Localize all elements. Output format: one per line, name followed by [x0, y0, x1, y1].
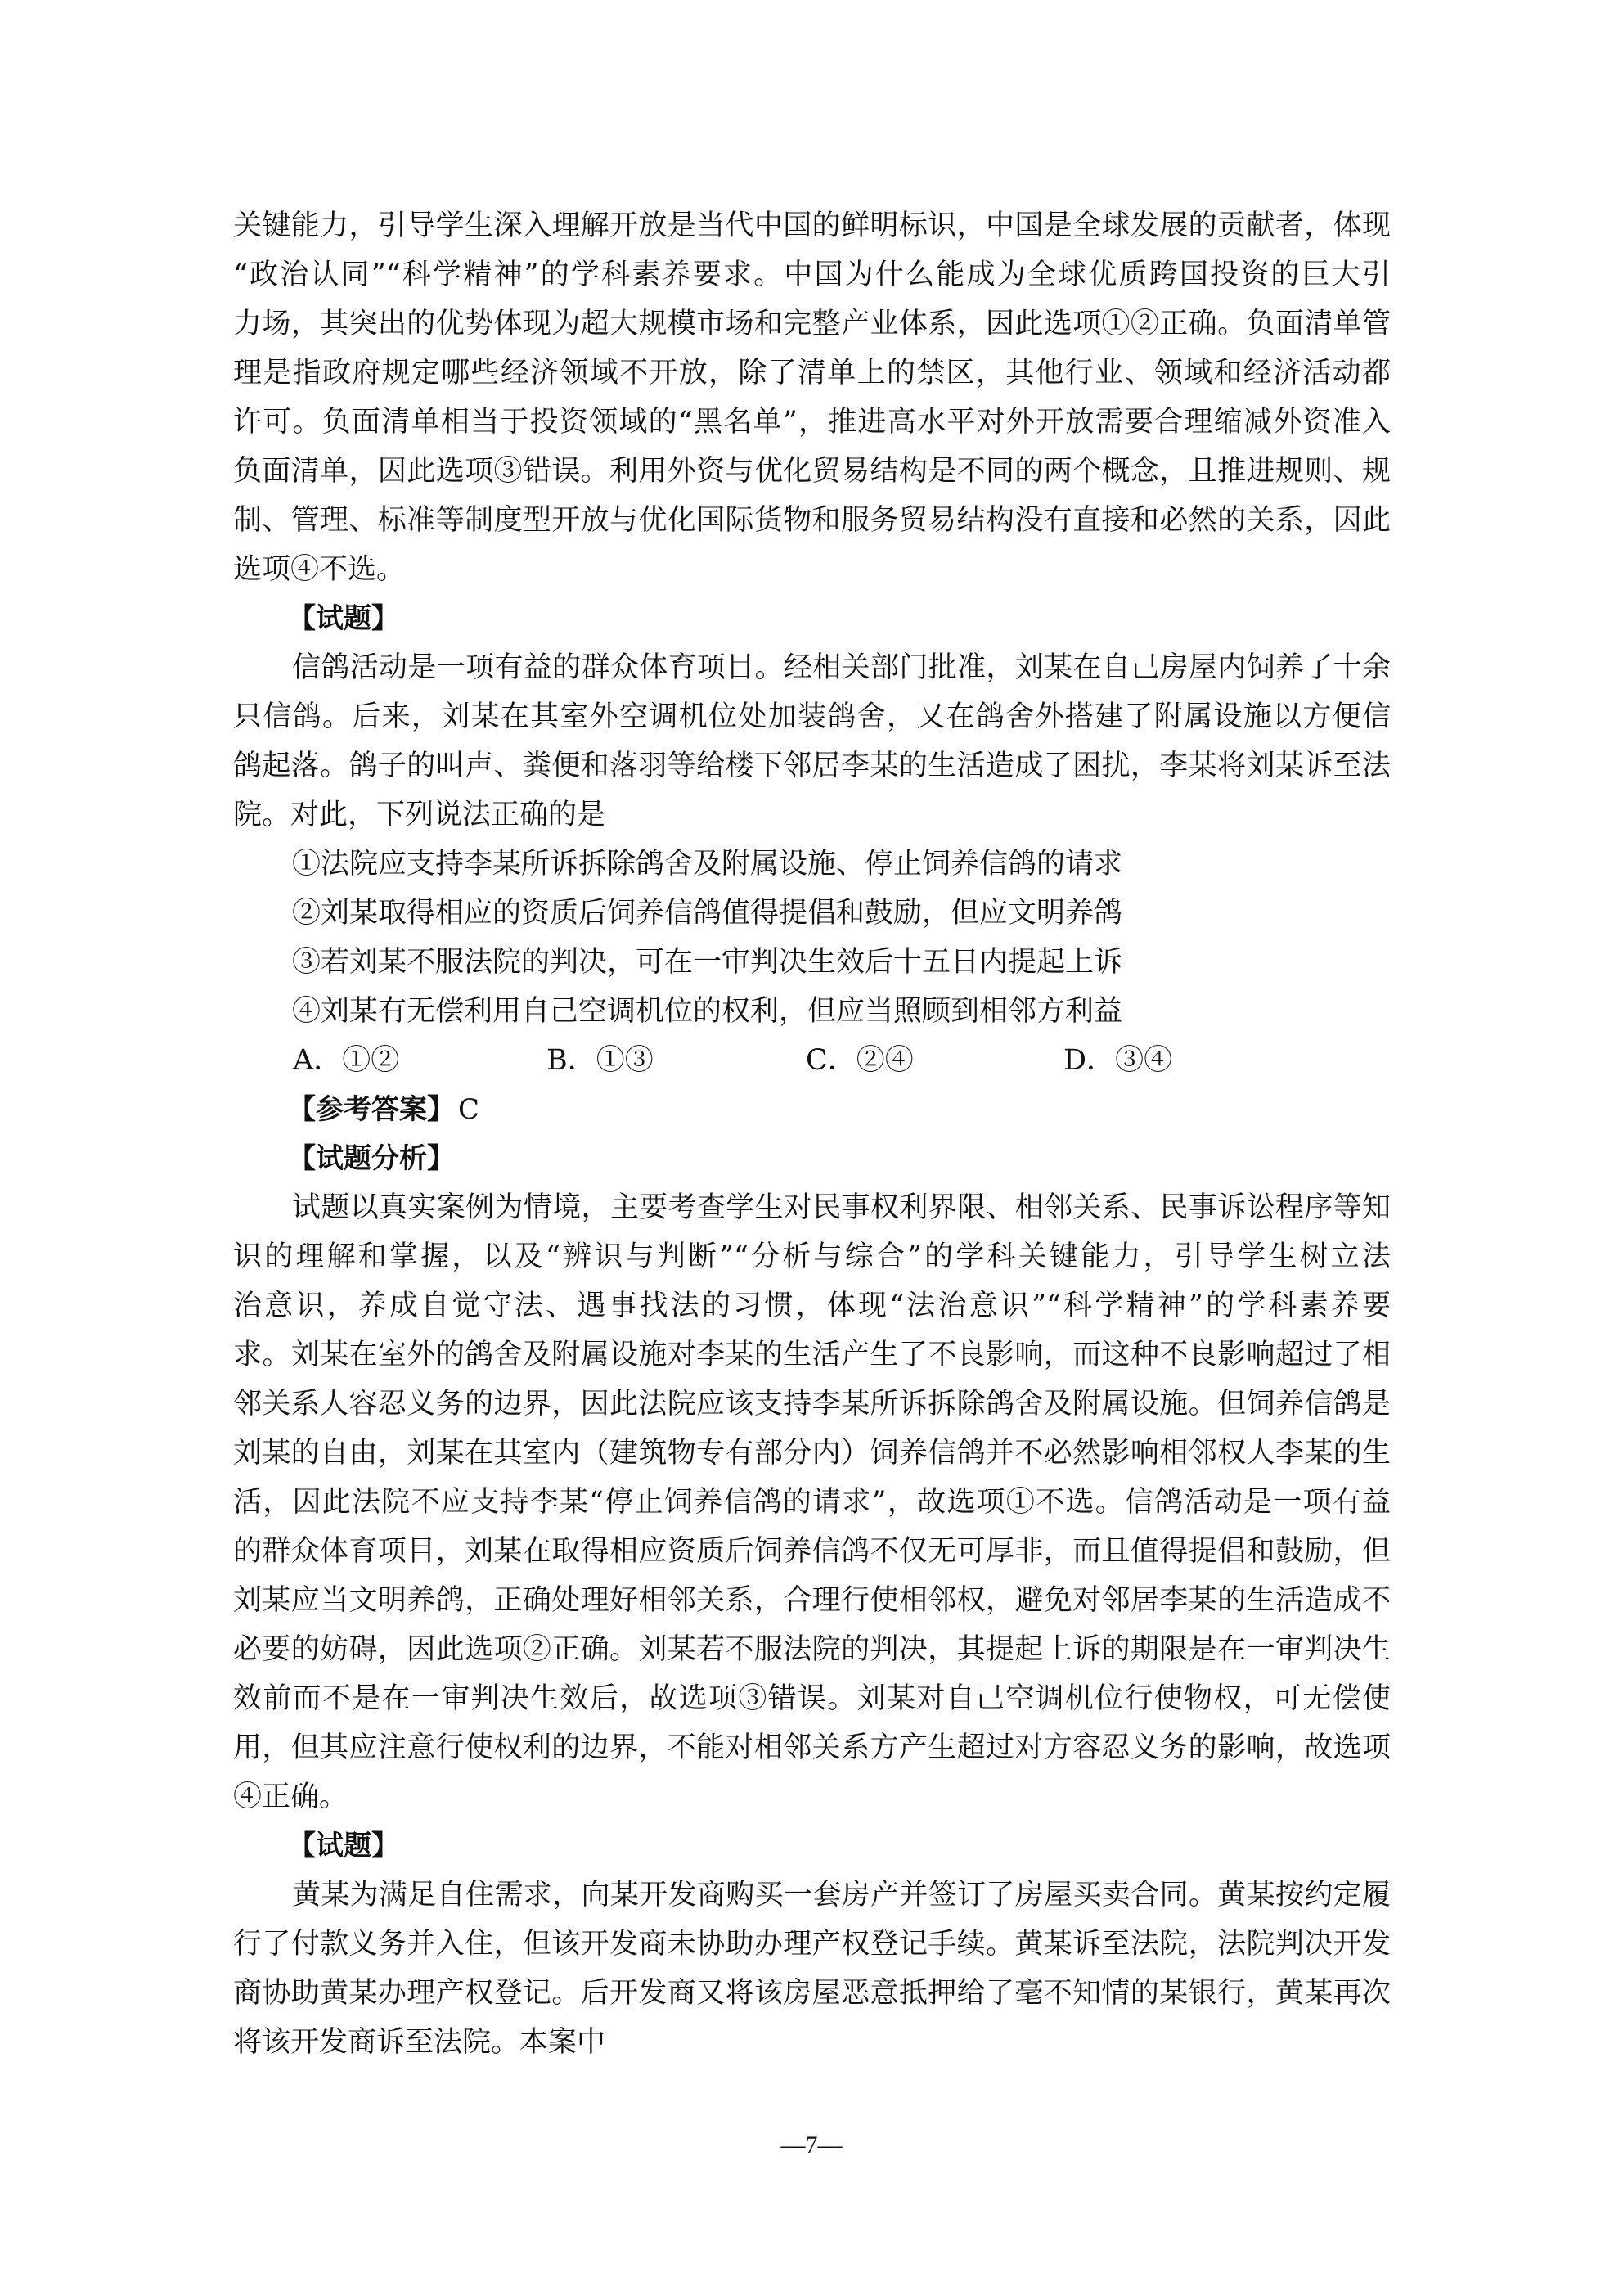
- analysis-line: 治意识，养成自觉守法、遇事找法的习惯，体现“法治意识”“科学精神”的学科素养要: [233, 1281, 1391, 1330]
- paragraph-line: 负面清单，因此选项③错误。利用外资与优化贸易结构是不同的两个概念，且推进规则、规: [233, 447, 1391, 496]
- option-letter: A．: [293, 1044, 342, 1077]
- option-value: ①②: [342, 1044, 399, 1077]
- analysis-line: ④正确。: [233, 1772, 1391, 1821]
- analysis-line: 试题以真实案例为情境，主要考查学生对民事权利界限、相邻关系、民事诉讼程序等知: [292, 1183, 1391, 1232]
- paragraph-line: 关键能力，引导学生深入理解开放是当代中国的鲜明标识，中国是全球发展的贡献者，体现: [233, 201, 1391, 250]
- answer-heading: 【参考答案】: [288, 1093, 455, 1126]
- option-letter: D．: [1063, 1044, 1115, 1077]
- statement-1: ①法院应支持李某所诉拆除鸽舍及附属设施、停止饲养信鸽的请求: [292, 840, 1391, 889]
- option-letter: B．: [546, 1044, 596, 1077]
- analysis-line: 必要的妨碍，因此选项②正确。刘某若不服法院的判决，其提起上诉的期限是在一审判决生: [233, 1625, 1391, 1674]
- analysis-line: 的群众体育项目，刘某在取得相应资质后饲养信鸽不仅无可厚非，而且值得提倡和鼓励，但: [233, 1527, 1391, 1576]
- question-heading: 【试题】: [288, 594, 399, 643]
- question-stem-line: 院。对此，下列说法正确的是: [233, 790, 1391, 840]
- analysis-line: 效前而不是在一审判决生效后，故选项③错误。刘某对自己空调机位行使物权，可无偿使: [233, 1674, 1391, 1723]
- statement-4: ④刘某有无偿利用自己空调机位的权利，但应当照顾到相邻方利益: [292, 987, 1391, 1036]
- question-stem-line: 信鸽活动是一项有益的群众体育项目。经相关部门批准，刘某在自己房屋内饲养了十余: [292, 643, 1391, 692]
- answer-row: 【参考答案】C: [288, 1085, 479, 1134]
- question-stem-line: 商协助黄某办理产权登记。后开发商又将该房屋恶意抵押给了毫不知情的某银行，黄某再次: [233, 1969, 1391, 2018]
- analysis-line: 活，因此法院不应支持李某“停止饲养信鸽的请求”，故选项①不选。信鸽活动是一项有益: [233, 1478, 1391, 1527]
- option-value: ②④: [856, 1044, 914, 1077]
- analysis-line: 刘某应当文明养鸽，正确处理好相邻关系，合理行使相邻权，避免对邻居李某的生活造成不: [233, 1576, 1391, 1625]
- paragraph-line: 理是指政府规定哪些经济领域不开放，除了清单上的禁区，其他行业、领域和经济活动都: [233, 349, 1391, 398]
- analysis-line: 求。刘某在室外的鸽舍及附属设施对李某的生活产生了不良影响，而这种不良影响超过了相: [233, 1330, 1391, 1380]
- option-d: D．③④: [1063, 1036, 1172, 1085]
- question-stem-line: 鸽起落。鸽子的叫声、粪便和落羽等给楼下邻居李某的生活造成了困扰，李某将刘某诉至法: [233, 741, 1391, 790]
- question-stem-line: 黄某为满足自住需求，向某开发商购买一套房产并签订了房屋买卖合同。黄某按约定履: [292, 1871, 1391, 1920]
- document-page: 关键能力，引导学生深入理解开放是当代中国的鲜明标识，中国是全球发展的贡献者，体现…: [0, 0, 1623, 2296]
- option-b: B．①③: [546, 1036, 654, 1085]
- paragraph-line: 选项④不选。: [233, 545, 1391, 594]
- question-stem-line: 将该开发商诉至法院。本案中: [233, 2018, 1391, 2067]
- paragraph-line: 许可。负面清单相当于投资领域的“黑名单”，推进高水平对外开放需要合理缩减外资准入: [233, 398, 1391, 447]
- analysis-heading: 【试题分析】: [288, 1134, 455, 1183]
- paragraph-line: 制、管理、标准等制度型开放与优化国际货物和服务贸易结构没有直接和必然的关系，因此: [233, 496, 1391, 545]
- option-value: ③④: [1115, 1044, 1172, 1077]
- analysis-line: 邻关系人容忍义务的边界，因此法院应该支持李某所诉拆除鸽舍及附属设施。但饲养信鸽是: [233, 1380, 1391, 1429]
- analysis-line: 刘某的自由，刘某在其室内（建筑物专有部分内）饲养信鸽并不必然影响相邻权人李某的生: [233, 1429, 1391, 1478]
- answer-value: C: [458, 1093, 479, 1126]
- analysis-line: 识的理解和掌握，以及“辨识与判断”“分析与综合”的学科关键能力，引导学生树立法: [233, 1232, 1391, 1281]
- analysis-line: 用，但其应注意行使权利的边界，不能对相邻关系方产生超过对方容忍义务的影响，故选项: [233, 1723, 1391, 1772]
- question-stem-line: 只信鸽。后来，刘某在其室外空调机位处加装鸽舍，又在鸽舍外搭建了附属设施以方便信: [233, 692, 1391, 741]
- statement-3: ③若刘某不服法院的判决，可在一审判决生效后十五日内提起上诉: [292, 938, 1391, 987]
- question-heading: 【试题】: [288, 1821, 399, 1871]
- paragraph-line: 力场，其突出的优势体现为超大规模市场和完整产业体系，因此选项①②正确。负面清单管: [233, 299, 1391, 349]
- option-c: C．②④: [806, 1036, 914, 1085]
- option-value: ①③: [596, 1044, 654, 1077]
- option-letter: C．: [806, 1044, 856, 1077]
- page-number: —7—: [0, 2126, 1623, 2165]
- statement-2: ②刘某取得相应的资质后饲养信鸽值得提倡和鼓励，但应文明养鸽: [292, 889, 1391, 938]
- paragraph-line: “政治认同”“科学精神”的学科素养要求。中国为什么能成为全球优质跨国投资的巨大引: [233, 250, 1391, 299]
- question-stem-line: 行了付款义务并入住，但该开发商未协助办理产权登记手续。黄某诉至法院，法院判决开发: [233, 1920, 1391, 1969]
- option-a: A．①②: [293, 1036, 399, 1085]
